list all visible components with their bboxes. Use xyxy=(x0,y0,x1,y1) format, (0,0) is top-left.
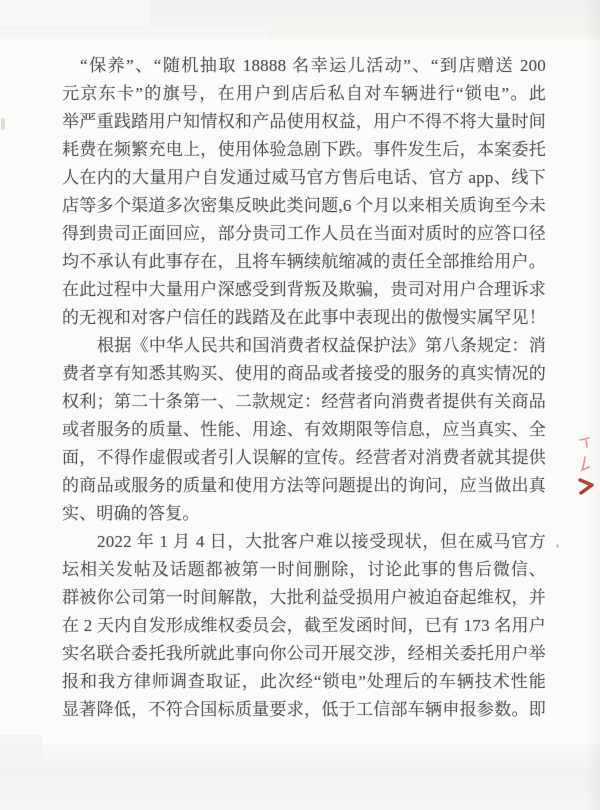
scanned-letter-page: “保养”、“随机抽取 18888 名幸运儿活动”、“到店赠送 200元京东卡”的… xyxy=(0,0,600,810)
red-stroke-top xyxy=(580,438,589,447)
scan-shade-bottom-left xyxy=(0,735,42,775)
text-line: 店等多个渠道多次密集反映此类问题,6 个月以来相关质询至今未 xyxy=(62,192,546,220)
text-line: 显著降低，不符合国标质量要求，低于工信部车辆申报参数。即 xyxy=(62,696,546,724)
text-line: 举严重践踏用户知情权和产品使用权益，用户不得不将大量时间 xyxy=(62,108,546,136)
paragraph: 2022 年 1 月 4 日，大批客户难以接受现状，但在威马官方论坛相关发帖及话… xyxy=(62,528,546,724)
text-line: 报和我方律师调查取证，此次经“锁电”处理后的车辆技术性能 xyxy=(62,668,546,696)
paragraph: “保养”、“随机抽取 18888 名幸运儿活动”、“到店赠送 200元京东卡”的… xyxy=(62,52,546,332)
paragraph: 根据《中华人民共和国消费者权益保护法》第八条规定：消费者享有知悉其购买、使用的商… xyxy=(62,332,546,528)
red-stroke-bold xyxy=(580,480,592,493)
text-line: “保养”、“随机抽取 18888 名幸运儿活动”、“到店赠送 200 xyxy=(62,52,546,80)
text-line: 群被你公司第一时间解散，大批利益受损用户被迫奋起维权，并 xyxy=(62,584,546,612)
text-line: 根据《中华人民共和国消费者权益保护法》第八条规定：消 xyxy=(62,332,546,360)
scan-speck xyxy=(1,118,5,130)
text-line: 得到贵司正面回应，部分贵司工作人员在当面对质时的应答口径 xyxy=(62,220,546,248)
text-line: 面，不得作虚假或者引人误解的宣传。经营者对消费者就其提供 xyxy=(62,444,546,472)
text-line: 在此过程中大量用户深感受到背叛及欺骗，贵司对用户合理诉求 xyxy=(62,276,546,304)
text-line: 坛相关发帖及话题都被第一时间删除，讨论此事的售后微信、QQ xyxy=(62,556,546,584)
scan-shade-bottom-2 xyxy=(0,770,600,786)
letter-body: “保养”、“随机抽取 18888 名幸运儿活动”、“到店赠送 200元京东卡”的… xyxy=(62,52,546,724)
scan-shade-top-right xyxy=(270,24,600,38)
text-line: 元京东卡”的旗号，在用户到店后私自对车辆进行“锁电”。此 xyxy=(62,80,546,108)
page-edge-shadow xyxy=(586,0,600,810)
text-line: 人在内的大量用户自发通过威马官方售后电话、官方 app、线下门 xyxy=(62,164,546,192)
text-line: 在 2 天内自发形成维权委员会，截至发函时间，已有 173 名用户 xyxy=(62,612,546,640)
scan-shade-bottom xyxy=(0,744,600,810)
text-line: 实名联合委托我所就此事向你公司开展交涉，经相关委托用户举 xyxy=(62,640,546,668)
scan-speck xyxy=(556,544,559,548)
text-line: 的无视和对客户信任的践踏及在此事中表现出的傲慢实属罕见！ xyxy=(62,304,546,332)
red-stroke-middle xyxy=(582,457,589,470)
text-line: 耗费在频繁充电上，使用体验急剧下跌。事件发生后，本案委托 xyxy=(62,136,546,164)
text-line: 权利；第二十条第一、二款规定：经营者向消费者提供有关商品 xyxy=(62,388,546,416)
text-line: 均不承认有此事存在，且将车辆续航缩减的责任全部推给用户。 xyxy=(62,248,546,276)
text-line: 的商品或服务的质量和使用方法等问题提出的询问，应当做出真 xyxy=(62,472,546,500)
text-line: 2022 年 1 月 4 日，大批客户难以接受现状，但在威马官方论 xyxy=(62,528,546,556)
scan-shade-top xyxy=(0,0,600,40)
text-line: 实、明确的答复。 xyxy=(62,500,546,528)
red-pen-marks xyxy=(575,430,597,500)
scan-shade-corner xyxy=(0,0,150,26)
text-line: 费者享有知悉其购买、使用的商品或者接受的服务的真实情况的 xyxy=(62,360,546,388)
text-line: 或者服务的质量、性能、用途、有效期限等信息，应当真实、全 xyxy=(62,416,546,444)
